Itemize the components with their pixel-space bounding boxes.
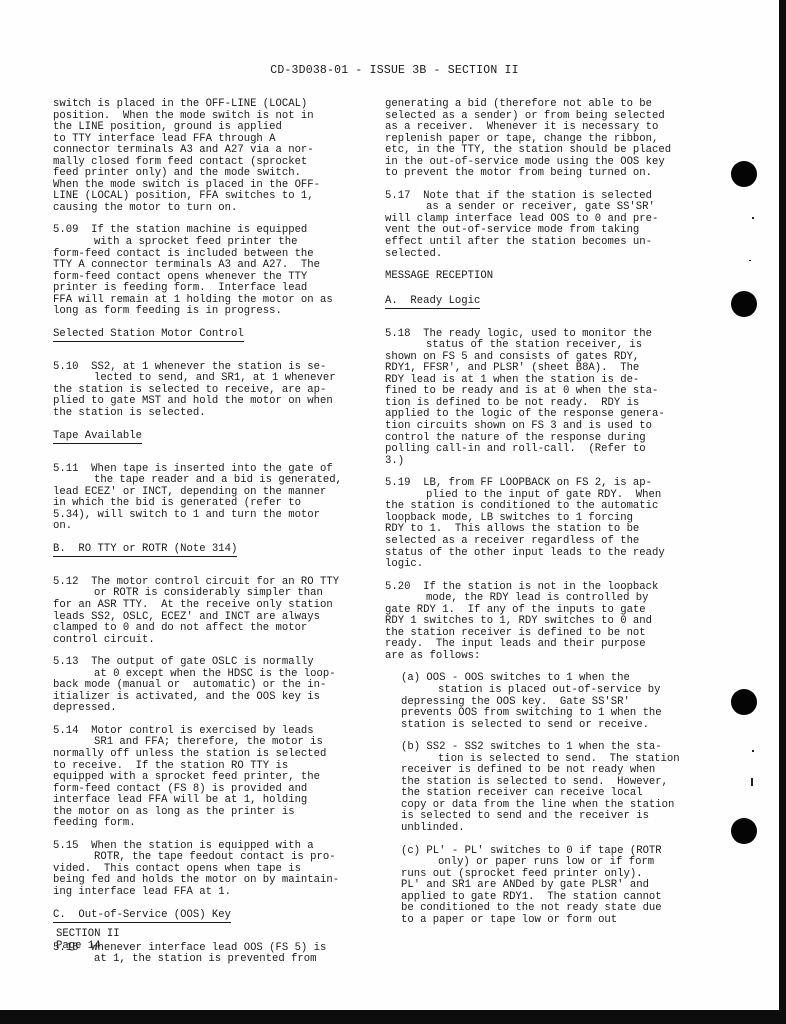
text-line: 5.34), will switch to 1 and turn the mot… bbox=[53, 510, 371, 522]
text-line: ing interface lead FFA at 1. bbox=[53, 887, 371, 899]
text-line: etc, in the TTY, the station should be p… bbox=[385, 145, 715, 157]
paragraph: 5.13 The output of gate OSLC is normally… bbox=[53, 657, 371, 715]
section-heading: A. Ready Logic bbox=[385, 296, 480, 309]
scan-speck bbox=[751, 778, 753, 786]
paragraph: 5.19 LB, from FF LOOPBACK on FS 2, is ap… bbox=[385, 478, 715, 570]
punch-hole-icon bbox=[731, 689, 757, 715]
text-line: connector terminals A3 and A27 via a nor… bbox=[53, 145, 371, 157]
text-line: the tape reader and a bid is generated, bbox=[53, 475, 371, 487]
text-line: TTY A connector terminals A3 and A27. Th… bbox=[53, 260, 371, 272]
paragraph: 5.12 The motor control circuit for an RO… bbox=[53, 577, 371, 646]
section-heading: B. RO TTY or ROTR (Note 314) bbox=[53, 544, 237, 557]
text-line: polling call-in and roll-call. (Refer to bbox=[385, 444, 715, 456]
text-line: as a receiver. Whenever it is necessary … bbox=[385, 122, 715, 134]
page-header: CD-3D038-01 - ISSUE 3B - SECTION II bbox=[0, 64, 779, 77]
text-line: depressed. bbox=[53, 703, 371, 715]
paragraph: 5.09 If the station machine is equippedw… bbox=[53, 225, 371, 317]
text-line: 3.) bbox=[385, 456, 715, 468]
document-page: CD-3D038-01 - ISSUE 3B - SECTION II swit… bbox=[0, 0, 779, 1010]
scan-speck bbox=[752, 217, 754, 219]
text-line: feeding form. bbox=[53, 818, 371, 830]
list-item: (a) OOS - OOS switches to 1 when thestat… bbox=[401, 673, 715, 731]
left-column: switch is placed in the OFF-LINE (LOCAL)… bbox=[53, 99, 371, 977]
right-column: generating a bid (therefore not able to … bbox=[385, 99, 715, 937]
text-line: equipped with a sprocket feed printer, t… bbox=[53, 772, 371, 784]
section-heading-wrap: A. Ready Logic bbox=[385, 296, 715, 320]
text-line: switch is placed in the OFF-LINE (LOCAL) bbox=[53, 99, 371, 111]
paragraph: 5.10 SS2, at 1 whenever the station is s… bbox=[53, 362, 371, 420]
punch-hole-icon bbox=[731, 818, 757, 844]
text-line: selected. bbox=[385, 249, 715, 261]
text-line: to a paper or tape low or form out bbox=[401, 915, 715, 927]
scan-speck bbox=[749, 260, 751, 261]
paragraph: 5.20 If the station is not in the loopba… bbox=[385, 582, 715, 663]
punch-hole-icon bbox=[731, 161, 757, 187]
page-footer: SECTION II Page 14 bbox=[56, 928, 120, 952]
section-heading-wrap: B. RO TTY or ROTR (Note 314) bbox=[53, 544, 371, 568]
text-line: are as follows: bbox=[385, 651, 715, 663]
text-line: (b) SS2 - SS2 switches to 1 when the sta… bbox=[401, 742, 715, 754]
text-line: on. bbox=[53, 521, 371, 533]
text-line: selected as a receiver regardless of the bbox=[385, 536, 715, 548]
text-line: 5.13 The output of gate OSLC is normally bbox=[53, 657, 371, 669]
footer-page-number: Page 14 bbox=[56, 940, 101, 952]
text-line: for an ASR TTY. At the receive only stat… bbox=[53, 600, 371, 612]
text-line: with a sprocket feed printer the bbox=[53, 237, 371, 249]
paragraph: generating a bid (therefore not able to … bbox=[385, 99, 715, 180]
list-item: (b) SS2 - SS2 switches to 1 when the sta… bbox=[401, 742, 715, 834]
scan-speck bbox=[752, 750, 754, 752]
punch-hole-icon bbox=[731, 291, 757, 317]
text-line: mode, the RDY lead is controlled by bbox=[385, 593, 715, 605]
text-line: interface lead FFA will be at 1, holding bbox=[53, 795, 371, 807]
paragraph: 5.14 Motor control is exercised by leads… bbox=[53, 726, 371, 830]
scan-edge-right bbox=[779, 0, 786, 1024]
text-line: logic. bbox=[385, 559, 715, 571]
text-line: control circuit. bbox=[53, 635, 371, 647]
text-line: only) or paper runs low or if form bbox=[401, 857, 715, 869]
text-line: generating a bid (therefore not able to … bbox=[385, 99, 715, 111]
text-line: the LINE position, ground is applied bbox=[53, 122, 371, 134]
text-line: normally off unless the station is selec… bbox=[53, 749, 371, 761]
text-line: clamped to 0 and do not affect the motor bbox=[53, 623, 371, 635]
text-line: to prevent the motor from being turned o… bbox=[385, 168, 715, 180]
scan-edge-bottom bbox=[0, 1010, 786, 1024]
text-line: unblinded. bbox=[401, 823, 715, 835]
text-line: tion circuits shown on FS 3 and is used … bbox=[385, 421, 715, 433]
text-line: causing the motor to turn on. bbox=[53, 203, 371, 215]
text-line: long as form feeding is in progress. bbox=[53, 306, 371, 318]
text-line: station is placed out-of-service by bbox=[401, 685, 715, 697]
major-heading: MESSAGE RECEPTION bbox=[385, 271, 715, 283]
paragraph: 5.15 When the station is equipped with a… bbox=[53, 841, 371, 899]
section-heading: C. Out-of-Service (OOS) Key bbox=[53, 910, 231, 923]
text-line: status of the other input leads to the r… bbox=[385, 548, 715, 560]
text-line: station is selected to send or receive. bbox=[401, 720, 715, 732]
section-heading: Tape Available bbox=[53, 431, 142, 444]
paragraph: 5.17 Note that if the station is selecte… bbox=[385, 191, 715, 260]
text-line: at 1, the station is prevented from bbox=[53, 954, 371, 966]
paragraph: 5.18 The ready logic, used to monitor th… bbox=[385, 329, 715, 468]
section-heading-wrap: Selected Station Motor Control bbox=[53, 329, 371, 353]
section-heading-wrap: Tape Available bbox=[53, 431, 371, 455]
text-line: PL' and SR1 are ANDed by gate PLSR' and bbox=[401, 880, 715, 892]
paragraph: 5.11 When tape is inserted into the gate… bbox=[53, 464, 371, 533]
text-line: effect until after the station becomes u… bbox=[385, 237, 715, 249]
footer-section: SECTION II bbox=[56, 928, 120, 940]
paragraph: switch is placed in the OFF-LINE (LOCAL)… bbox=[53, 99, 371, 214]
text-line: prevents OOS from switching to 1 when th… bbox=[401, 708, 715, 720]
list-item: (c) PL' - PL' switches to 0 if tape (ROT… bbox=[401, 846, 715, 927]
section-heading: Selected Station Motor Control bbox=[53, 329, 244, 342]
text-line: the station is selected. bbox=[53, 408, 371, 420]
